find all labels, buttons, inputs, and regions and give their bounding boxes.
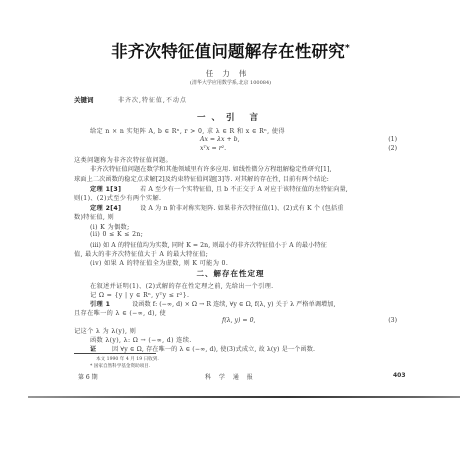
lemma-1-text: 设函数 f: (−∞, d) × Ω → R 连续, ∀y ∈ Ω, f(λ, … (132, 299, 336, 308)
condition-i: (i) K 为偶数; (90, 222, 130, 231)
keywords-text: 非齐次,特征值,不动点 (118, 95, 187, 104)
equation-1: Ax = λx + b, (200, 136, 240, 143)
footer-issue: 第 6 期 (78, 372, 98, 381)
equation-3: f(λ, y) = 0, (222, 317, 256, 324)
theorem-1-text: 若 A 至少有一个实特征值, 且 b 不正交于 A 对应于该特征值的左特征向量, (140, 184, 348, 193)
theorem-2-label: 定理 2[4] (90, 203, 121, 212)
body-line: 在叙述并证明(1)、(2)式解的存在性定理之前, 先给出一个引理. (90, 281, 273, 290)
title-text: 非齐次特征值问题解存在性研究 (111, 42, 345, 61)
body-line: 且存在唯一的 λ ∈ (−∞, d), 使 (74, 308, 166, 317)
body-line: 这类问题称为非齐次特征值问题。 (74, 155, 172, 164)
footer-journal: 科 学 通 报 (205, 372, 256, 381)
body-line: 则(1)、(2)式至少有两个实解. (74, 193, 161, 202)
author-name: 任力伟 (0, 68, 461, 79)
body-line: 数)特征值, 则 (74, 212, 114, 221)
body-line: 球面上二次函数的稳定点求解[2]及约束特征值问题[3]等. 对其解的存在性, 目… (74, 174, 329, 183)
proof-label: 证 (90, 344, 97, 353)
equation-number-1: (1) (388, 136, 397, 143)
keywords-label: 关键词 (74, 95, 94, 104)
footer-page-number: 403 (393, 372, 406, 379)
scanned-paper-page: 非齐次特征值问题解存在性研究* 任力伟 (清华大学应用数学系,北京 100084… (0, 0, 461, 461)
condition-ii: (ii) 0 ≤ K ≤ 2n; (90, 231, 143, 238)
equation-number-3: (3) (388, 317, 397, 324)
title-footnote-mark: * (345, 44, 350, 54)
footnote-funding: * 国家自然科学基金资助项目. (90, 363, 150, 369)
page-scan-edge (28, 396, 460, 398)
equation-2: xᵀx = r². (200, 145, 226, 152)
equation-number-2: (2) (388, 145, 397, 152)
section-heading-existence: 二、解存在性定理 (0, 268, 461, 279)
condition-iv: (iv) 如果 A 的特征值全为虚数, 则 K 可能为 0. (90, 258, 228, 267)
body-line: 给定 n × n 实矩阵 A, b ∈ Rⁿ, r > 0, 求 λ ∈ R 和… (90, 126, 285, 135)
body-line: 记 Ω = {y | y ∈ Rⁿ, yᵀy ≤ r²}. (90, 290, 189, 299)
author-affiliation: (清华大学应用数学系,北京 100084) (0, 79, 461, 86)
theorem-2-text: 设 A 为 n 阶非对称实矩阵. 如果非齐次特征值(1)、(2)式有 K 个 (… (140, 203, 344, 212)
body-line: 非齐次特征值问题在数学和其他领域里有许多应用. 如线性微分方程组解稳定性研究[1… (90, 164, 332, 173)
theorem-1-label: 定理 1[3] (90, 184, 121, 193)
proof-text: 因 ∀y ∈ Ω, 存在唯一的 λ ∈ (−∞, d), 使(3)式成立, 故 … (112, 344, 315, 353)
body-line: 函数 λ(y), λ: Ω → (−∞, d) 连续. (90, 335, 192, 344)
condition-iii: (iii) 如 A 的特征值均为实数, 同时 K = 2n, 则最小的非齐次特征… (90, 240, 327, 249)
paper-title: 非齐次特征值问题解存在性研究* (0, 38, 461, 62)
footnote-received: 本文 1990 年 4 月 19 日收到. (96, 356, 159, 362)
body-line: 记这个 λ 为 λ(y), 则 (74, 326, 136, 335)
lemma-1-label: 引理 1 (90, 299, 110, 308)
condition-iii-cont: 值, 最大的非齐次特征值大于 A 的最大特征值; (74, 249, 208, 258)
section-heading-introduction: 一、引 言 (0, 111, 461, 123)
footnote-divider (74, 353, 156, 354)
